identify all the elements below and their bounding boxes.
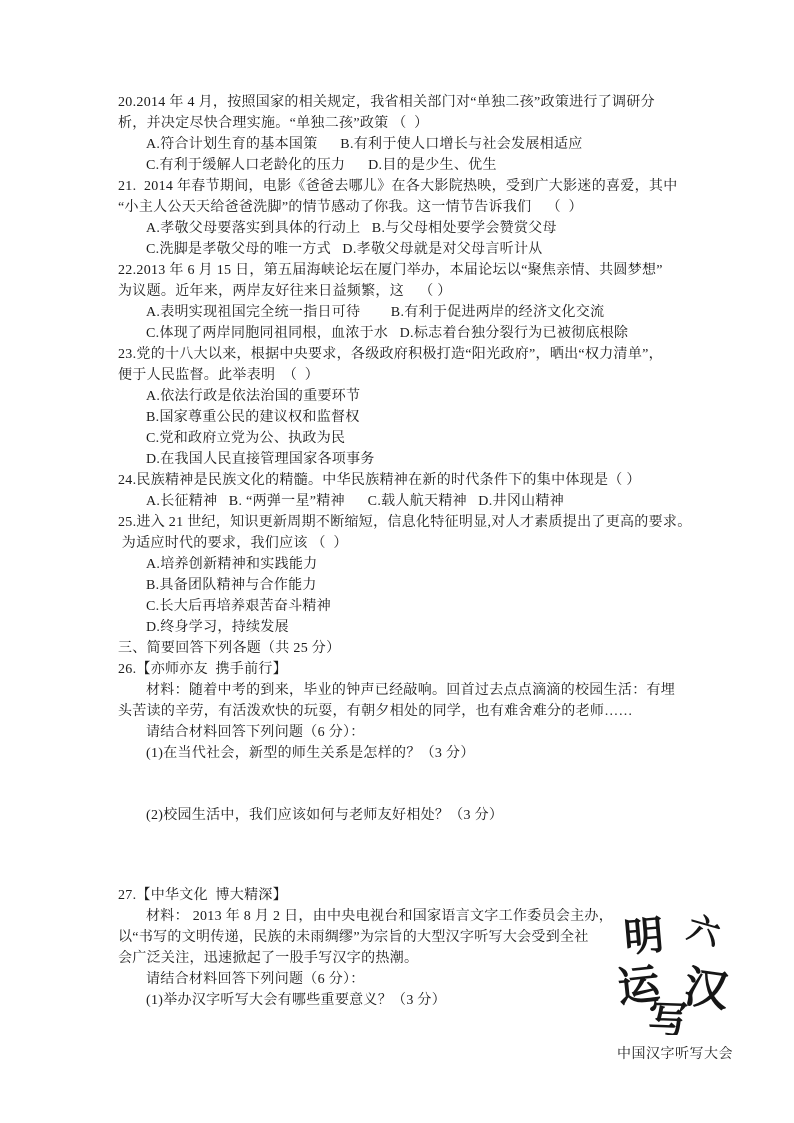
q23-option-d: D.在我国人民直接管理国家各项事务 [118, 449, 718, 470]
exam-page: 20.2014 年 4 月，按照国家的相关规定，我省相关部门对“单独二孩”政策进… [0, 0, 794, 1123]
logo-glyph-2: 六 [683, 909, 725, 953]
q26-material-line-1: 材料：随着中考的到来，毕业的钟声已经敲响。回首过去点点滴滴的校园生活：有埋 [118, 680, 718, 701]
q21-options-ab: A.孝敬父母要落实到具体的行动上 B.与父母相处要学会赞赏父母 [118, 218, 718, 239]
q22-options-ab: A.表明实现祖国完全统一指日可待 B.有利于促进两岸的经济文化交流 [118, 302, 718, 323]
q21-options-cd: C.洗脚是孝敬父母的唯一方式 D.孝敬父母就是对父母言听计从 [118, 239, 718, 260]
logo-glyph-4: 汉 [681, 962, 732, 1017]
q20-options-ab: A.符合计划生育的基本国策 B.有利于使人口增长与社会发展相适应 [118, 134, 718, 155]
q25-option-a: A.培养创新精神和实践能力 [118, 554, 718, 575]
q26-part-2: (2)校园生活中，我们应该如何与老师友好相处？（3 分） [118, 805, 718, 826]
q26-material-line-2: 头苦读的辛劳，有活泼欢快的玩耍，有朝夕相处的同学，也有难舍难分的老师…… [118, 701, 718, 722]
q21-line-1: 21. 2014 年春节期间，电影《爸爸去哪儿》在各大影院热映，受到广大影迷的喜… [118, 176, 718, 197]
q23-option-b: B.国家尊重公民的建议权和监督权 [118, 407, 718, 428]
logo-glyph-5: 写 [647, 997, 689, 1035]
q25-line-2: 为适应时代的要求，我们应该 （ ） [118, 533, 718, 554]
hanzi-dictation-logo: 明 六 运 汉 写 中国汉字听写大会 [600, 900, 750, 1063]
logo-glyph-1: 明 [621, 912, 665, 960]
q26-title: 26.【亦师亦友 携手前行】 [118, 659, 718, 680]
q23-line-1: 23.党的十八大以来，根据中央要求，各级政府积极打造“阳光政府”，晒出“权力清单… [118, 344, 718, 365]
exam-content: 20.2014 年 4 月，按照国家的相关规定，我省相关部门对“单独二孩”政策进… [118, 92, 718, 1011]
q26-answer-space-1 [118, 764, 718, 805]
q20-line-1: 20.2014 年 4 月，按照国家的相关规定，我省相关部门对“单独二孩”政策进… [118, 92, 718, 113]
q20-line-2: 析，并决定尽快合理实施。“单独二孩”政策 （ ） [118, 113, 718, 134]
q20-options-cd: C.有利于缓解人口老龄化的压力 D.目的是少生、优生 [118, 155, 718, 176]
q22-options-cd: C.体现了两岸同胞同祖同根，血浓于水 D.标志着台独分裂行为已被彻底根除 [118, 323, 718, 344]
q22-line-2: 为议题。近年来，两岸友好往来日益频繁，这 （ ） [118, 281, 718, 302]
q23-line-2: 便于人民监督。此举表明 （ ） [118, 365, 718, 386]
q21-line-2: “小主人公天天给爸爸洗脚”的情节感动了你我。这一情节告诉我们 （ ） [118, 197, 718, 218]
logo-caption: 中国汉字听写大会 [600, 1043, 750, 1063]
q25-line-1: 25.进入 21 世纪，知识更新周期不断缩短，信息化特征明显,对人才素质提出了更… [118, 512, 718, 533]
section-3-heading: 三、简要回答下列各题（共 25 分） [118, 638, 718, 659]
q25-option-d: D.终身学习，持续发展 [118, 617, 718, 638]
q23-option-a: A.依法行政是依法治国的重要环节 [118, 386, 718, 407]
q23-option-c: C.党和政府立党为公、执政为民 [118, 428, 718, 449]
q25-option-b: B.具备团队精神与合作能力 [118, 575, 718, 596]
q22-line-1: 22.2013 年 6 月 15 日，第五届海峡论坛在厦门举办，本届论坛以“聚焦… [118, 260, 718, 281]
q26-part-1: (1)在当代社会，新型的师生关系是怎样的？（3 分） [118, 743, 718, 764]
q24-line-1: 24.民族精神是民族文化的精髓。中华民族精神在新的时代条件下的集中体现是（ ） [118, 470, 718, 491]
q24-options: A.长征精神 B. “两弹一星”精神 C.载人航天精神 D.井冈山精神 [118, 491, 718, 512]
q26-prompt: 请结合材料回答下列问题（6 分）： [118, 722, 718, 743]
q25-option-c: C.长大后再培养艰苦奋斗精神 [118, 596, 718, 617]
q26-answer-space-2 [118, 826, 718, 885]
hanzi-dictation-logo-icon: 明 六 运 汉 写 [608, 900, 743, 1035]
